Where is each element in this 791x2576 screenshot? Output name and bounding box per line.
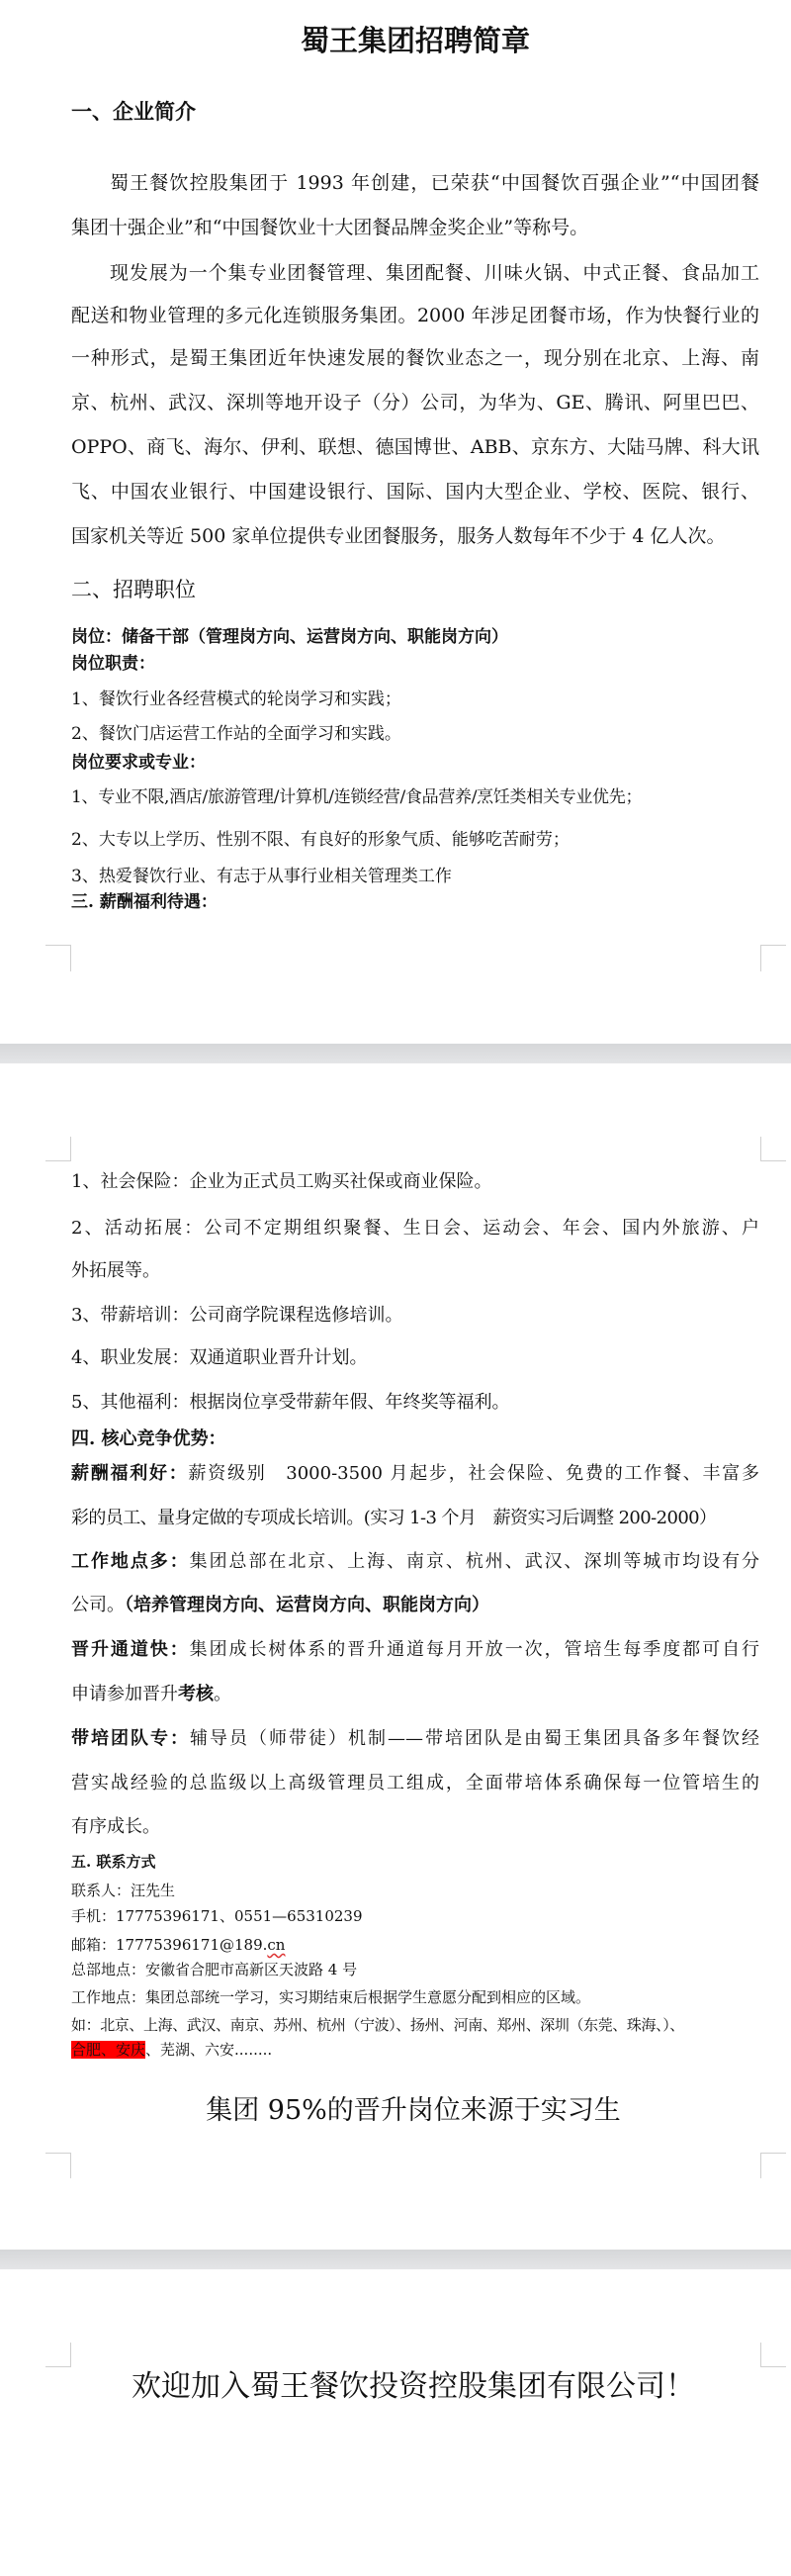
page-3: 欢迎加入蜀王餐饮投资控股集团有限公司！: [0, 2269, 791, 2576]
intro-para2-line5: OPPO、商飞、海尔、伊利、联想、德国博世、ABB、京东方、大陆马牌、科大讯: [71, 438, 759, 457]
intro-para1-line1: 蜀王餐饮控股集团于 1993 年创建，已荣获“中国餐饮百强企业”“中国团餐: [110, 174, 759, 193]
advantage-mentoring-text: 辅导员（师带徒）机制——带培团队是由蜀王集团具备多年餐饮经: [190, 1728, 759, 1749]
contact-phone: 手机：17775396171、0551—65310239: [71, 1909, 759, 1924]
corner-mark-bottom-right: [760, 945, 786, 971]
advantage-promotion-prefix: 申请参加晋升: [71, 1684, 178, 1704]
advantage-mentoring-line2: 营实战经验的总监级以上高级管理员工组成，全面带培体系确保每一位管培生的: [71, 1775, 759, 1793]
page-separator-2: [0, 2250, 791, 2269]
cities-line2: 合肥、安庆、芜湖、六安........: [71, 2043, 759, 2058]
advantage-mentoring-line1: 带培团队专：辅导员（师带徒）机制——带培团队是由蜀王集团具备多年餐饮经: [71, 1730, 759, 1748]
section-heading-positions: 二、招聘职位: [71, 580, 759, 600]
work-location: 工作地点：集团总部统一学习，实习期结束后根据学生意愿分配到相应的区域。: [71, 1990, 759, 2005]
contact-email-tld: cn: [267, 1936, 285, 1954]
intro-para2-line4: 京、杭州、武汉、深圳等地开设子（分）公司，为华为、GE、腾讯、阿里巴巴、: [71, 394, 759, 413]
advantage-mentoring-line3: 有序成长。: [71, 1818, 759, 1836]
intro-para2-line2: 配送和物业管理的多元化连锁服务集团。2000 年涉足团餐市场，作为快餐行业的: [71, 307, 759, 325]
advantage-locations-line2: 公司。（培养管理岗方向、运营岗方向、职能岗方向）: [71, 1597, 759, 1614]
hq-address: 总部地点：安徽省合肥市高新区天波路 4 号: [71, 1963, 759, 1978]
advantage-locations-text: 集团总部在北京、上海、南京、杭州、武汉、深圳等城市均设有分: [190, 1551, 759, 1572]
intro-para2-line6: 飞、中国农业银行、中国建设银行、国际、国内大型企业、学校、医院、银行、: [71, 483, 759, 502]
advantage-promotion-suffix: 。: [214, 1684, 231, 1704]
corner-mark-top-left: [45, 2343, 71, 2367]
closing-message: 欢迎加入蜀王餐饮投资控股集团有限公司！: [132, 2372, 715, 2402]
highlighted-cities: 合肥、安庆: [71, 2041, 145, 2059]
section-heading-company-intro: 一、企业简介: [71, 102, 759, 123]
contact-email-user: 17775396171@189.: [116, 1936, 267, 1954]
advantage-locations-prefix: 公司。: [71, 1595, 125, 1615]
advantage-salary-line2: 彩的员工、量身定做的专项成长培训。(实习 1-3 个月 薪资实习后调整 200-…: [71, 1510, 759, 1527]
corner-mark-top-right: [760, 2343, 786, 2367]
benefit-item-2-line1: 2、活动拓展：公司不定期组织聚餐、生日会、运动会、年会、国内外旅游、户: [71, 1220, 759, 1238]
requirement-item-3: 3、热爱餐饮行业、有志于从事行业相关管理类工作: [71, 869, 759, 885]
benefit-item-2-line2: 外拓展等。: [71, 1262, 759, 1280]
corner-mark-top-left: [45, 1137, 71, 1161]
advantage-mentoring-label: 带培团队专：: [71, 1728, 190, 1749]
intro-para2-line3: 一种形式，是蜀王集团近年快速发展的餐饮业态之一，现分别在北京、上海、南: [71, 349, 759, 368]
intro-para2-line7: 国家机关等近 500 家单位提供专业团餐服务，服务人数每年不少于 4 亿人次。: [71, 527, 759, 546]
requirement-item-1: 1、专业不限,酒店/旅游管理/计算机/连锁经营/食品营养/烹饪类相关专业优先；: [71, 789, 759, 806]
cities-line1: 如：北京、上海、武汉、南京、苏州、杭州（宁波）、扬州、河南、郑州、深圳（东莞、珠…: [71, 2018, 759, 2033]
cities-rest: 、芜湖、六安........: [145, 2041, 272, 2059]
document-title: 蜀王集团招聘简章: [0, 27, 791, 55]
benefit-item-3: 3、带薪培训：公司商学院课程选修培训。: [71, 1307, 759, 1325]
slogan: 集团 95%的晋升岗位来源于实习生: [0, 2097, 791, 2124]
duties-label: 岗位职责：: [71, 656, 759, 673]
corner-mark-bottom-right: [760, 2153, 786, 2178]
section-heading-advantages: 四. 核心竞争优势：: [71, 1430, 759, 1448]
contact-email[interactable]: 邮箱：17775396171@189.cn: [71, 1938, 759, 1953]
page-2: 1、社会保险：企业为正式员工购买社保或商业保险。 2、活动拓展：公司不定期组织聚…: [0, 1063, 791, 2250]
advantage-salary-label: 薪酬福利好：: [71, 1463, 189, 1484]
advantage-promotion-line2: 申请参加晋升考核。: [71, 1686, 759, 1703]
advantage-locations-label: 工作地点多：: [71, 1551, 190, 1572]
duty-item-2: 2、餐饮门店运营工作站的全面学习和实践。: [71, 726, 759, 743]
advantage-salary-text: 薪资级别 3000-3500 月起步，社会保险、免费的工作餐、丰富多: [189, 1463, 759, 1484]
corner-mark-bottom-left: [45, 2153, 71, 2178]
intro-para2-line1: 现发展为一个集专业团餐管理、集团配餐、川味火锅、中式正餐、食品加工: [110, 264, 759, 283]
contact-person: 联系人：汪先生: [71, 1884, 759, 1898]
benefit-item-1: 1、社会保险：企业为正式员工购买社保或商业保险。: [71, 1173, 759, 1191]
requirements-label: 岗位要求或专业：: [71, 755, 759, 772]
corner-mark-top-right: [760, 1137, 786, 1161]
intro-para1-line2: 集团十强企业”和“中国餐饮业十大团餐品牌金奖企业”等称号。: [71, 219, 759, 237]
requirement-item-2: 2、大专以上学历、性别不限、有良好的形象气质、能够吃苦耐劳；: [71, 832, 759, 849]
advantage-promotion-text: 集团成长树体系的晋升通道每月开放一次，管培生每季度都可自行: [190, 1639, 759, 1660]
advantage-promotion-line1: 晋升通道快：集团成长树体系的晋升通道每月开放一次，管培生每季度都可自行: [71, 1641, 759, 1659]
position-title: 岗位：储备干部（管理岗方向、运营岗方向、职能岗方向）: [71, 629, 759, 646]
advantage-promotion-bold: 考核: [178, 1684, 214, 1704]
section-heading-benefits: 三. 薪酬福利待遇：: [71, 894, 759, 911]
advantage-locations-directions: （培养管理岗方向、运营岗方向、职能岗方向）: [125, 1595, 489, 1615]
benefit-item-5: 5、其他福利：根据岗位享受带薪年假、年终奖等福利。: [71, 1394, 759, 1412]
advantage-salary-line1: 薪酬福利好：薪资级别 3000-3500 月起步，社会保险、免费的工作餐、丰富多: [71, 1465, 759, 1483]
contact-email-label: 邮箱：: [71, 1936, 116, 1954]
advantage-locations-line1: 工作地点多：集团总部在北京、上海、南京、杭州、武汉、深圳等城市均设有分: [71, 1553, 759, 1571]
corner-mark-bottom-left: [45, 945, 71, 971]
benefit-item-4: 4、职业发展：双通道职业晋升计划。: [71, 1349, 759, 1367]
duty-item-1: 1、餐饮行业各经营模式的轮岗学习和实践；: [71, 691, 759, 708]
advantage-promotion-label: 晋升通道快：: [71, 1639, 190, 1660]
section-heading-contact: 五. 联系方式: [71, 1855, 759, 1870]
page-separator-1: [0, 1044, 791, 1063]
page-1: 蜀王集团招聘简章 一、企业简介 蜀王餐饮控股集团于 1993 年创建，已荣获“中…: [0, 0, 791, 1044]
